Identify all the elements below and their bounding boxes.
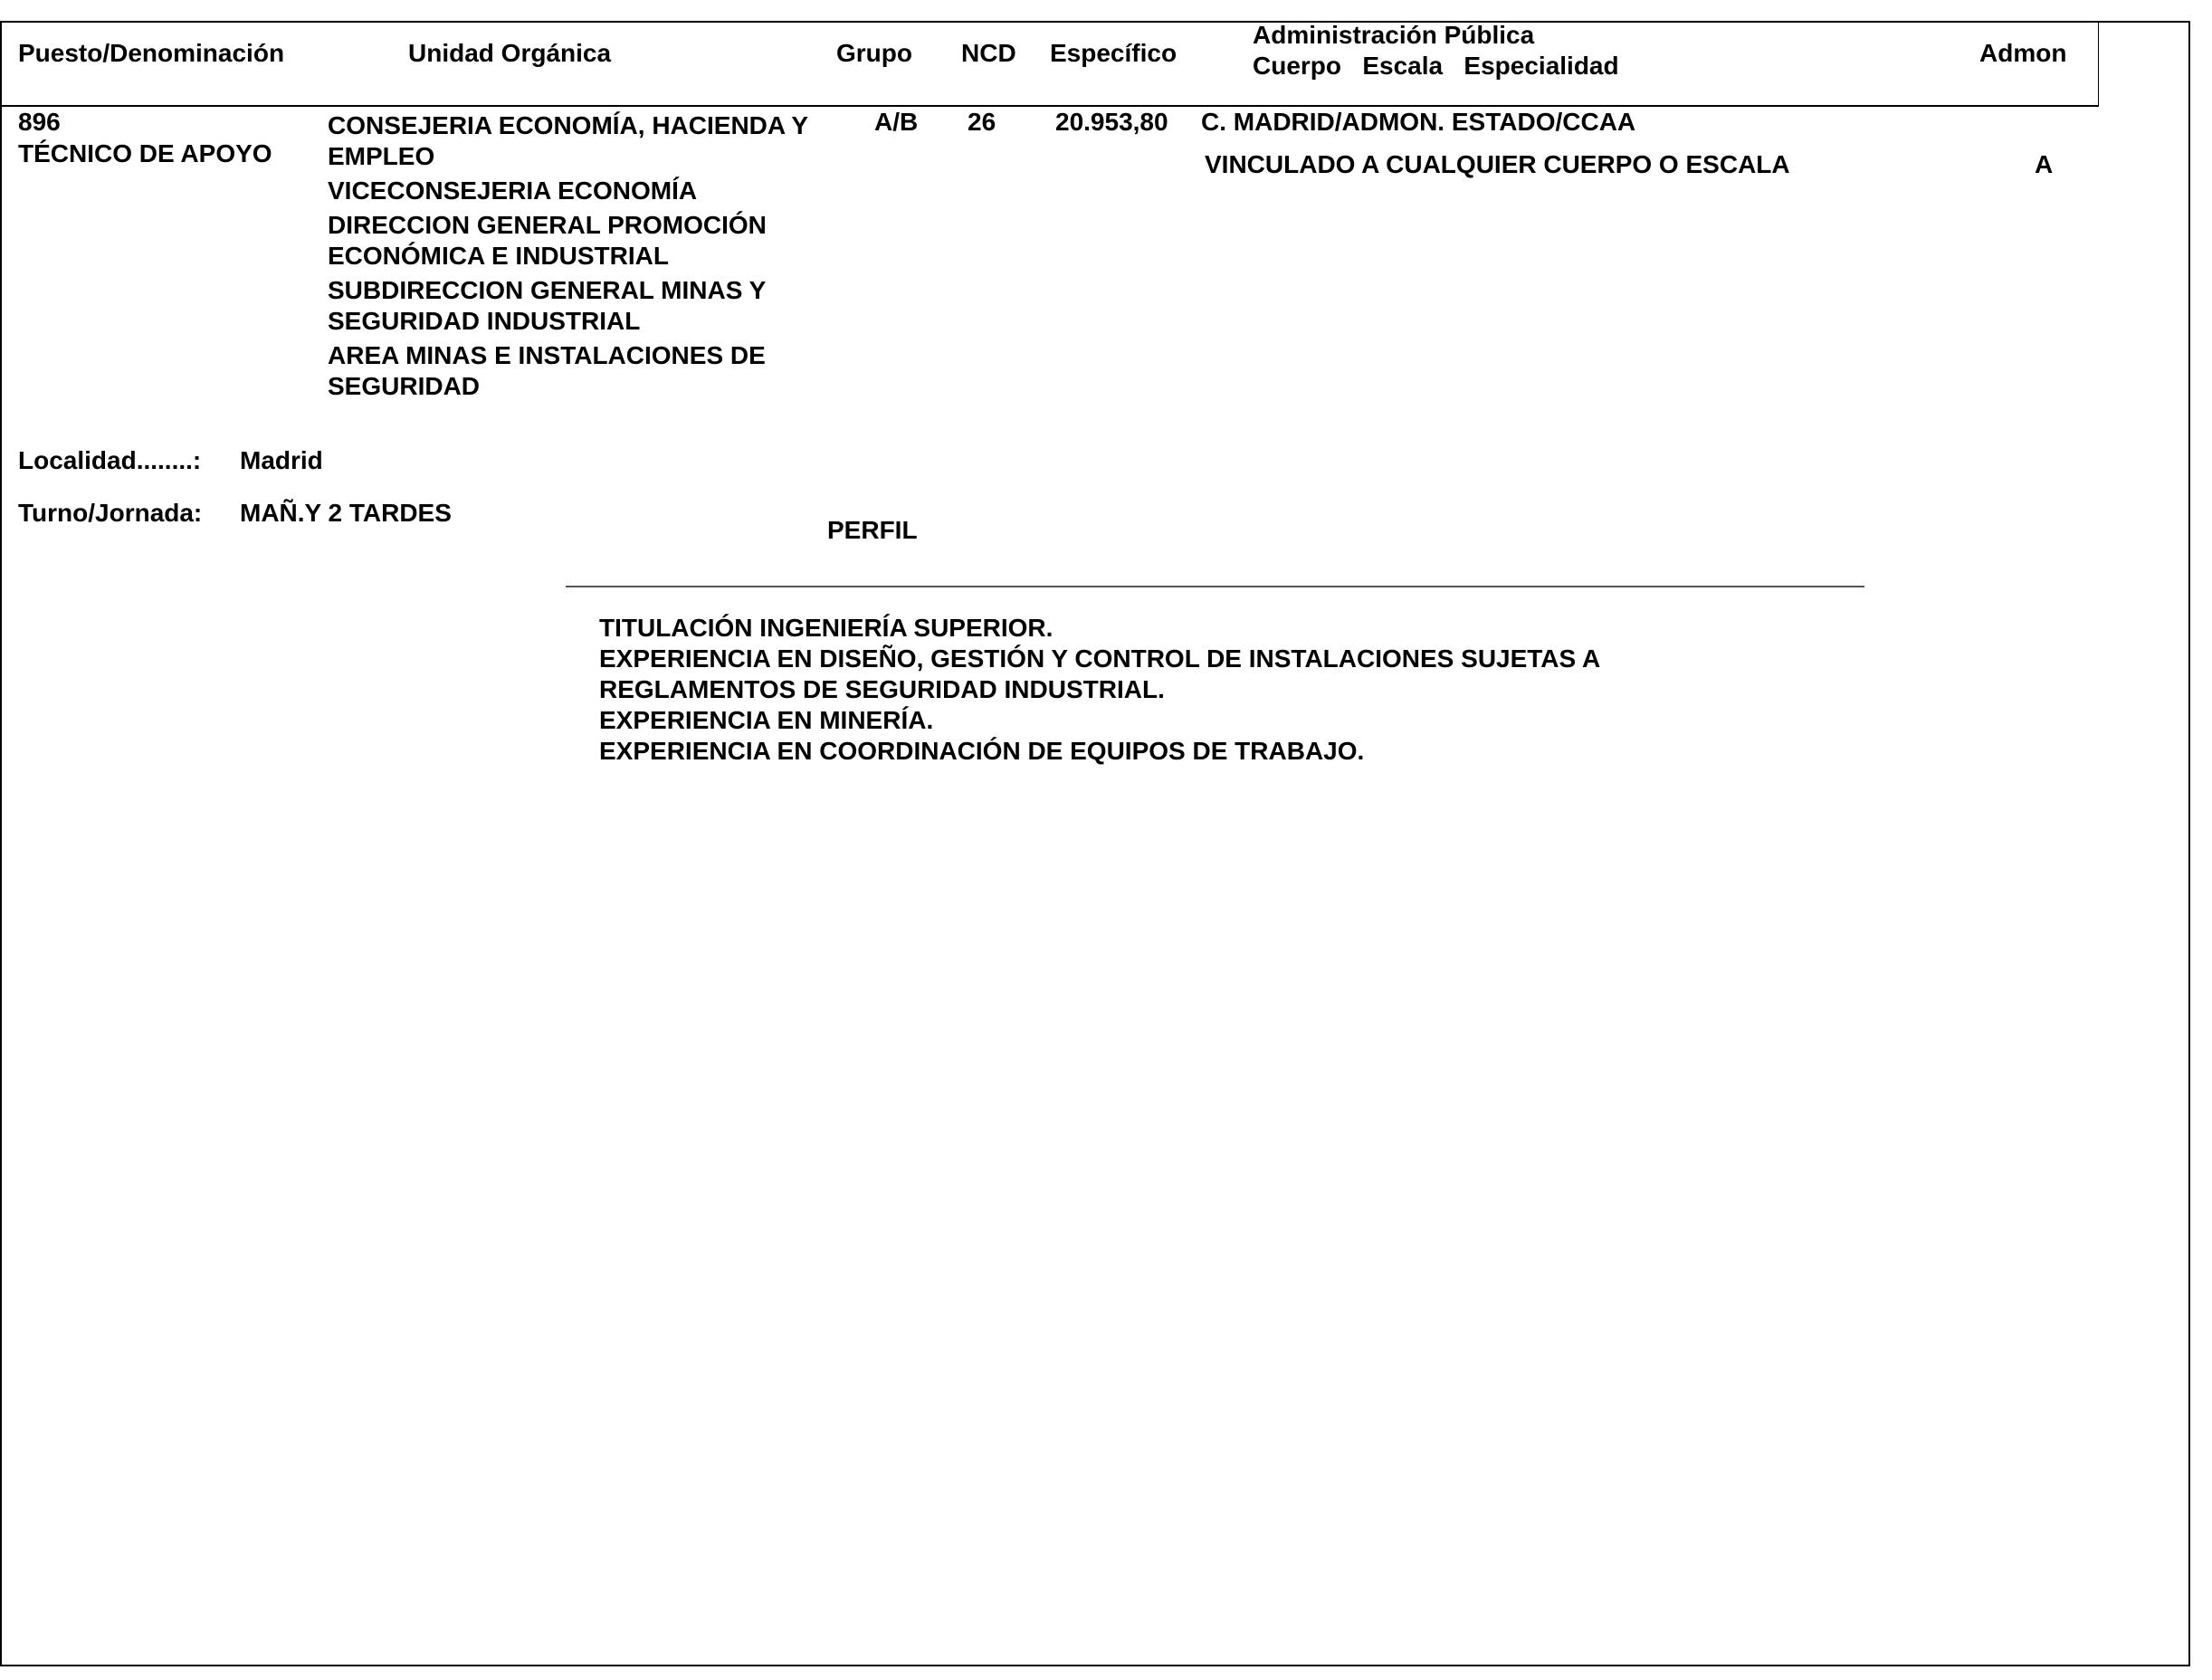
header-grupo: Grupo <box>836 39 912 68</box>
header-admon: Admon <box>1979 39 2066 68</box>
turno-jornada-value: MAÑ.Y 2 TARDES <box>240 498 452 529</box>
especifico-value: 20.953,80 <box>1055 107 1168 138</box>
localidad-label: Localidad........: <box>18 445 201 476</box>
header-especifico: Específico <box>1050 39 1177 68</box>
admon-value: A <box>2035 149 2053 180</box>
unidad-viceconsejeria: VICECONSEJERIA ECONOMÍA <box>328 176 808 206</box>
header-cuerpo-escala-especialidad: Cuerpo Escala Especialidad <box>1253 52 1619 81</box>
perfil-line: EXPERIENCIA EN MINERÍA. <box>599 705 1600 736</box>
header-puesto: Puesto/Denominación <box>18 39 284 68</box>
cuerpo-escala-value: VINCULADO A CUALQUIER CUERPO O ESCALA <box>1205 149 1790 180</box>
unidad-subdireccion-general: SUBDIRECCION GENERAL MINAS Y SEGURIDAD I… <box>328 275 808 337</box>
puesto-numero: 896 <box>18 107 61 138</box>
perfil-divider <box>566 586 1864 587</box>
header-ncd: NCD <box>961 39 1016 68</box>
grupo-value: A/B <box>874 107 918 138</box>
header-administracion-publica: Administración Pública <box>1253 21 1534 50</box>
unidad-organica-list: CONSEJERIA ECONOMÍA, HACIENDA Y EMPLEO V… <box>328 110 808 406</box>
turno-jornada-label: Turno/Jornada: <box>18 498 202 529</box>
perfil-line: EXPERIENCIA EN COORDINACIÓN DE EQUIPOS D… <box>599 736 1600 767</box>
unidad-area: AREA MINAS E INSTALACIONES DE SEGURIDAD <box>328 340 808 402</box>
perfil-line: TITULACIÓN INGENIERÍA SUPERIOR. <box>599 613 1600 644</box>
unidad-direccion-general: DIRECCION GENERAL PROMOCIÓN ECONÓMICA E … <box>328 210 808 272</box>
perfil-title: PERFIL <box>827 515 918 546</box>
administracion-value: C. MADRID/ADMON. ESTADO/CCAA <box>1201 107 1635 138</box>
perfil-requirements: TITULACIÓN INGENIERÍA SUPERIOR. EXPERIEN… <box>599 613 1600 767</box>
perfil-line: REGLAMENTOS DE SEGURIDAD INDUSTRIAL. <box>599 674 1600 705</box>
unidad-consejeria: CONSEJERIA ECONOMÍA, HACIENDA Y EMPLEO <box>328 110 808 172</box>
puesto-denominacion: TÉCNICO DE APOYO <box>18 138 272 169</box>
header-unidad-organica: Unidad Orgánica <box>408 39 611 68</box>
localidad-value: Madrid <box>240 445 323 476</box>
ncd-value: 26 <box>968 107 996 138</box>
perfil-line: EXPERIENCIA EN DISEÑO, GESTIÓN Y CONTROL… <box>599 644 1600 674</box>
